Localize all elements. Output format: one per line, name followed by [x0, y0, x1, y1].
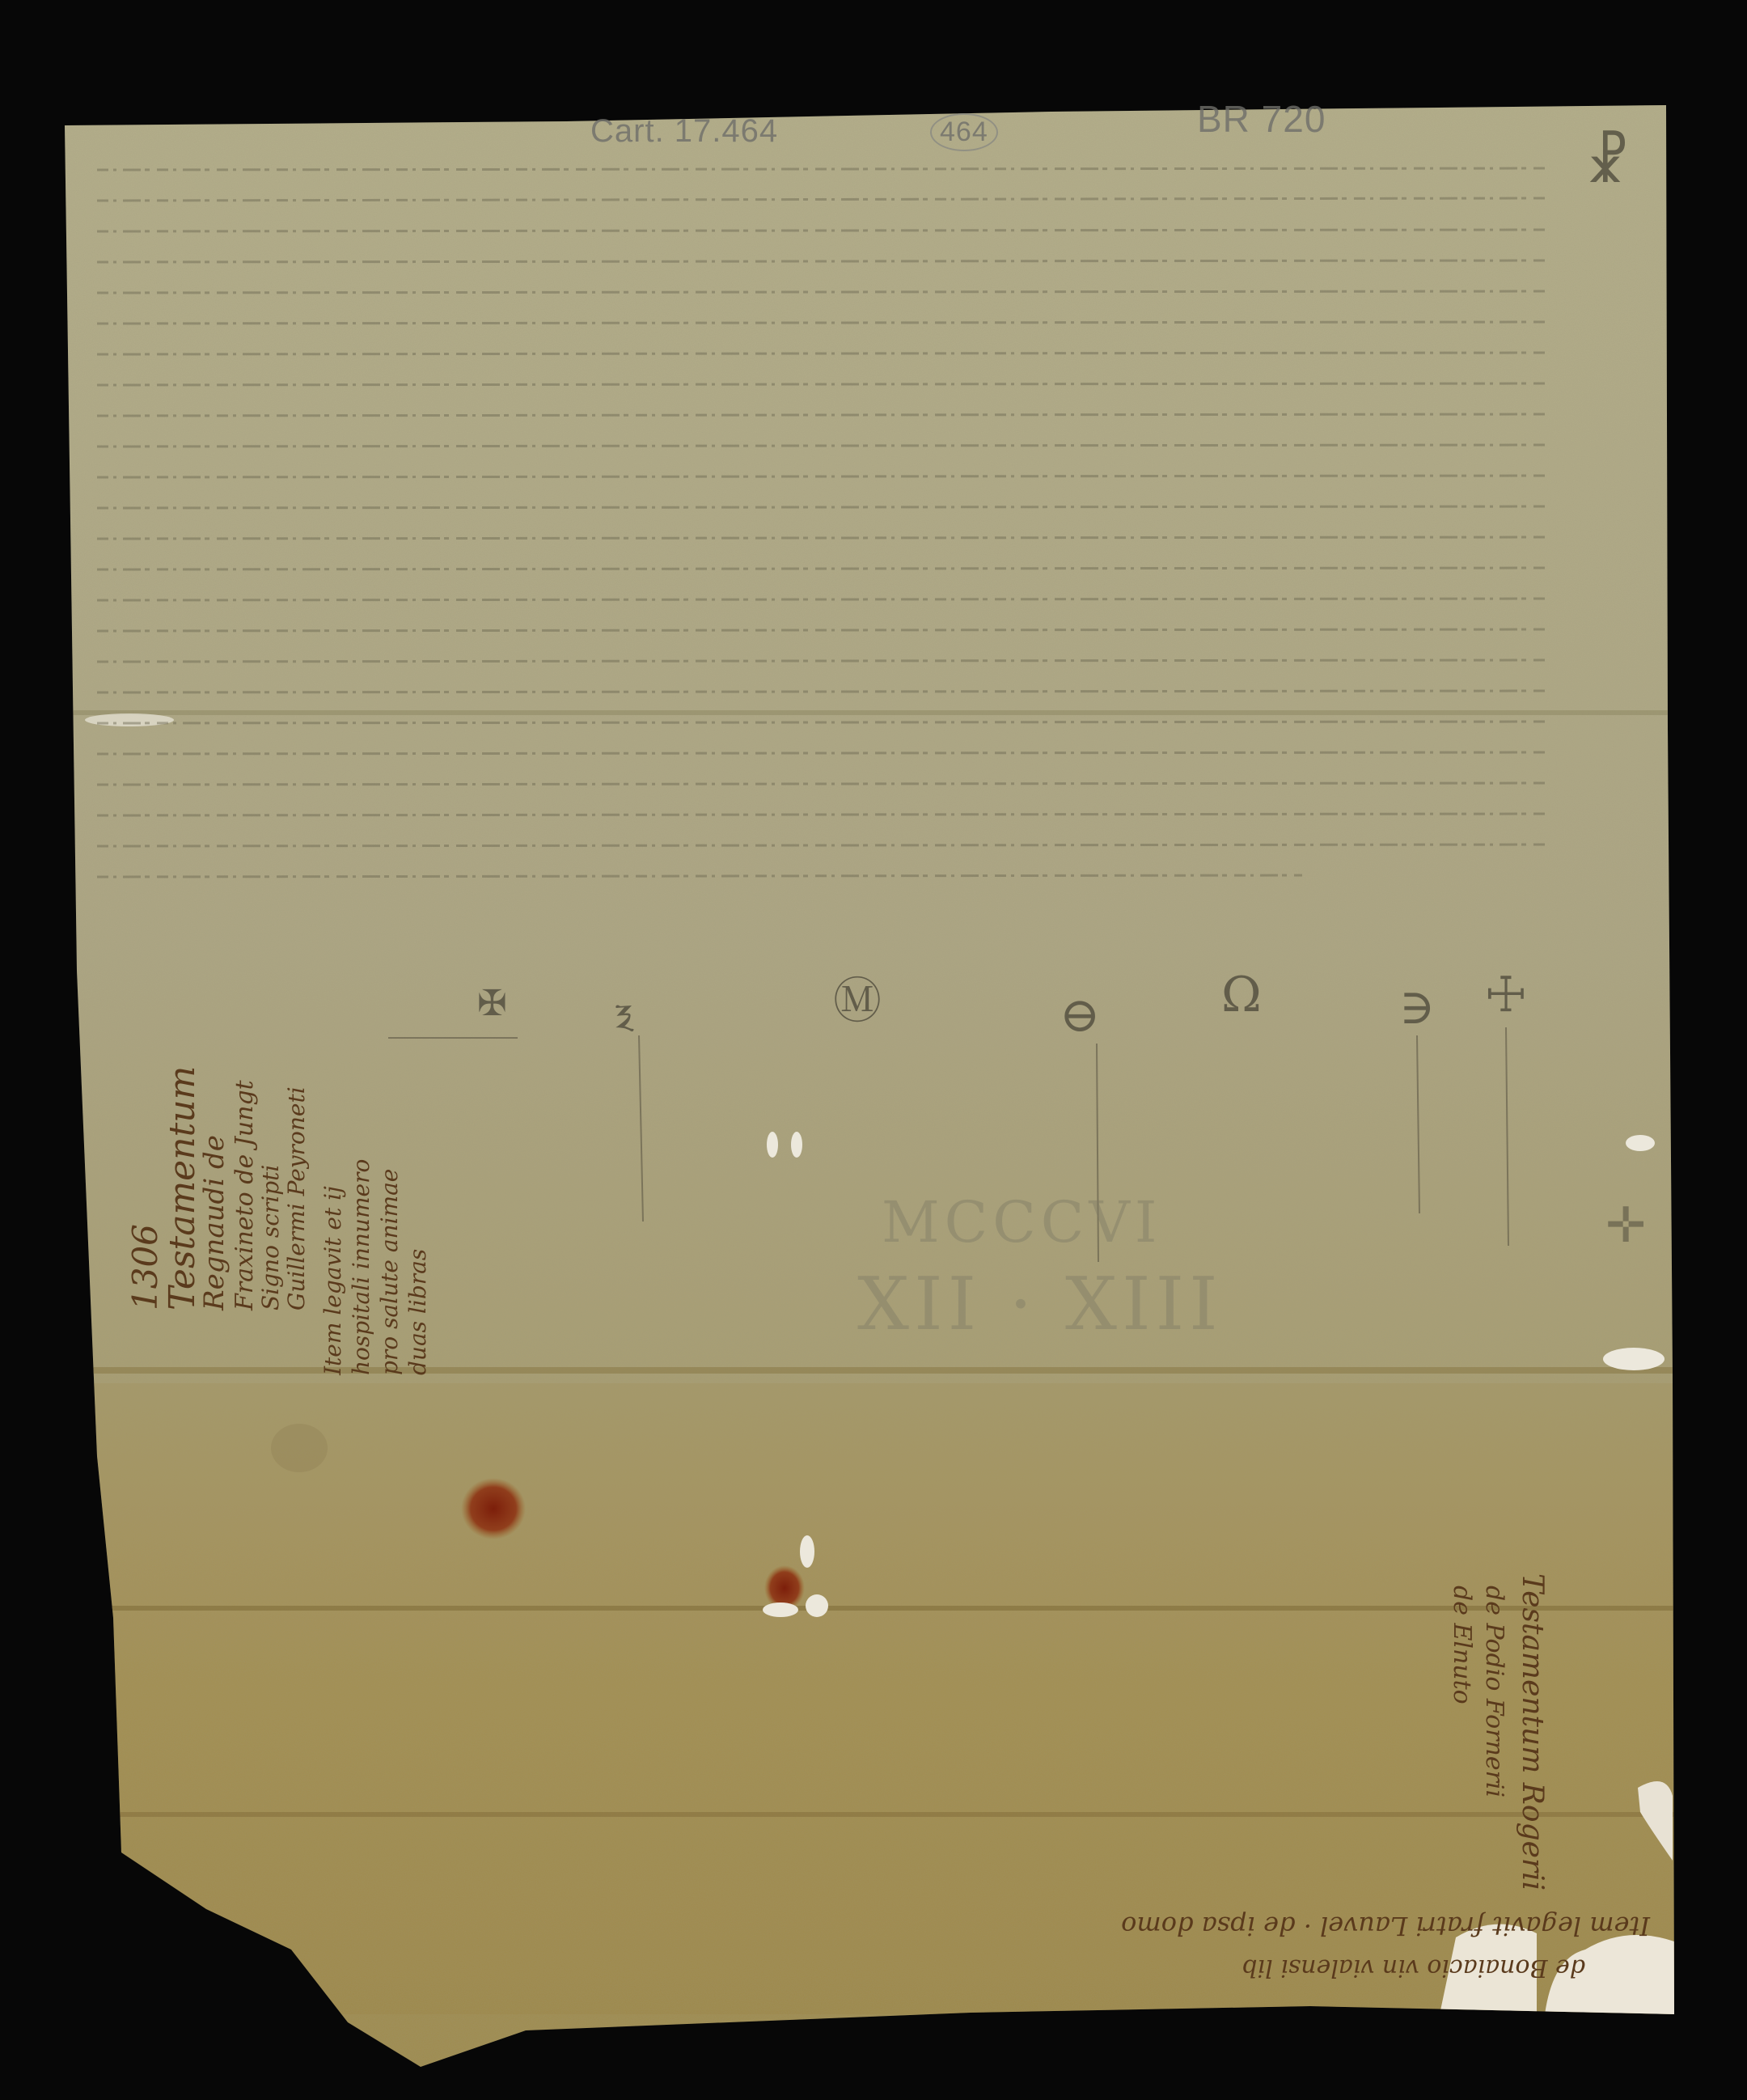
notarial-sign-icon: ☧ — [1585, 129, 1630, 196]
signature-mark-icon: ⊖ — [1060, 987, 1100, 1044]
endorsement-line: duas libras — [404, 1249, 431, 1375]
charter-text-block — [89, 154, 1561, 898]
cross-mark-icon: ✛ — [1605, 1197, 1646, 1254]
endorsement-line: hospitali innumero — [348, 1159, 374, 1375]
endorsement-title: Testamentum Rogerii — [1516, 1573, 1549, 1890]
endorsement-year: 1306 — [125, 1224, 165, 1310]
parchment-document: Cart. 17.464 464 BR 720 — [0, 0, 1747, 2100]
endorsement-line: Signo scripti — [257, 1165, 284, 1310]
endorsement-line: de Elnuto — [1448, 1586, 1476, 1704]
endorsement-line: de Bonaiacio vin vialensi lib — [1242, 1954, 1585, 1982]
signature-mark-icon: Ω — [1221, 967, 1262, 1023]
endorsement-line: Guillermi Peyroneti — [283, 1086, 310, 1310]
endorsement-title: Testamentum — [162, 1066, 203, 1310]
endorsement-line: de Podio Fornerii — [1480, 1586, 1508, 1797]
endorsement-line: Fraxineto de Jungt — [231, 1080, 259, 1310]
signature-mark-icon: ☩ — [1484, 967, 1528, 1023]
endorsement-line: pro salute animae — [376, 1169, 403, 1375]
signature-mark-icon: ⲝ — [615, 983, 633, 1039]
signature-mark-icon: ✠ — [477, 983, 507, 1024]
archival-circled-number: 464 — [930, 113, 998, 151]
signature-mark-icon: ∋ — [1399, 979, 1435, 1035]
archival-cote: Cart. 17.464 — [590, 113, 778, 150]
endorsement-line: Regnaudi de — [198, 1135, 231, 1310]
faint-numeral-line-1: MCCCVI — [882, 1189, 1162, 1255]
faint-numeral-line-2: XII · XIII — [857, 1262, 1223, 1347]
endorsement-bottom: Item legavit fratri Lauvel · de ipsa dom… — [1181, 1885, 1682, 1998]
endorsement-line: Item legavit et ij — [319, 1186, 346, 1375]
endorsement-line: Item legavit fratri Lauvel · de ipsa dom… — [1121, 1911, 1650, 1941]
signature-mark-icon: Ⓜ — [833, 963, 882, 1032]
archival-br-number: BR 720 — [1197, 97, 1326, 141]
